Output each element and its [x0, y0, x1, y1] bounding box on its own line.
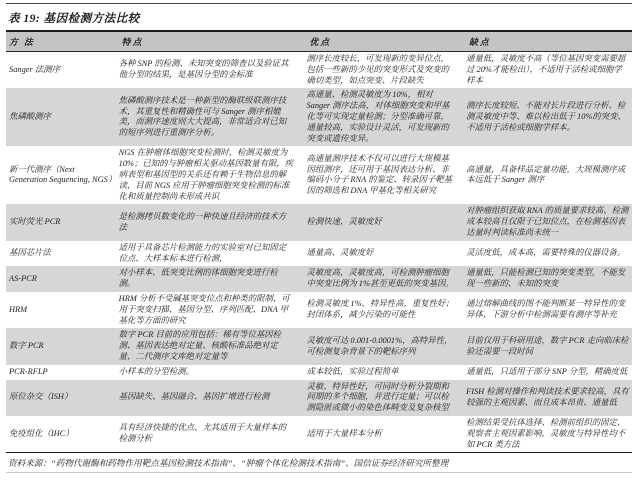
table-row: AS-PCR 对小样本、低突变比例的体细胞突变进行检测。 灵敏度高，灵敏度高，可… [6, 266, 632, 292]
advantages-cell: 灵敏度可达 0.001-0.0001%，高特异性，可检测复杂背景下的靶标序列 [306, 328, 466, 364]
features-cell: 具有经济快捷的优点、尤其适用于大量样本的检测分析 [119, 416, 307, 453]
advantages-cell: 适用于大量样本分析 [306, 416, 466, 453]
features-cell: 是检测拷贝数变化的一种快速且经济的技术方法 [119, 204, 307, 240]
features-cell: 各种 SNP 的检测、未知突变的筛查以及验证其他分型的结果，是基因分型的金标准 [119, 52, 307, 89]
method-cell: Sanger 法测序 [6, 52, 119, 89]
advantages-cell: 灵敏度高，灵敏度高，可检测肿瘤细胞中突变比例为 1%甚至更低的突变基因。 [306, 266, 466, 292]
table-row: 原位杂交（ISH） 基因缺失、基因融合、基因扩增进行检测 灵敏、特异性好，可同时… [6, 380, 632, 416]
report-page: 表 19: 基因检测方法比较 方 法 特点 优点 缺点 Sanger 法测序 各… [0, 0, 640, 473]
top-rule [6, 3, 632, 4]
column-header-method: 方 法 [6, 31, 119, 52]
features-cell: 适用于具备芯片检测能力的实验室对已知固定位点、大样本标本进行检测， [119, 241, 307, 267]
table-row: PCR-RFLP 小样本的分型检测。 成本较低，实验过程简单 通量低，只适用于部… [6, 365, 632, 380]
disadvantages-cell: 灵活度低，成本高，需要特殊的仪器设备。 [466, 241, 632, 267]
table-title: 表 19: 基因检测方法比较 [6, 6, 632, 30]
table-row: 新一代测序（Next Generation Sequencing, NGS） N… [6, 146, 632, 204]
features-cell: 数字 PCR 目前的应用包括：稀有等位基因检测、基因表达绝对定量、核酸标准品绝对… [119, 328, 307, 364]
column-header-features: 特点 [119, 31, 307, 52]
table-row: 基因芯片法 适用于具备芯片检测能力的实验室对已知固定位点、大样本标本进行检测， … [6, 241, 632, 267]
features-cell: HRM 分析不受碱基突变位点和种类的限制，可用于突变扫描、基因分型、序列匹配、D… [119, 292, 307, 328]
method-cell: 新一代测序（Next Generation Sequencing, NGS） [6, 146, 119, 204]
method-cell: AS-PCR [6, 266, 119, 292]
advantages-cell: 高通量测序技术不仅可以进行大规模基因组测序，还可用于基因表达分析、非编码小分子 … [306, 146, 466, 204]
features-cell: 焦磷酸测序技术是一种新型的酶联级联测序技术，其重复性和精确性可与 Sanger … [119, 88, 307, 146]
method-cell: 免疫组化（IHC） [6, 416, 119, 453]
disadvantages-cell: FISH 检测对操作和判读技术要求较高，具有较强的主观因素、而且成本昂贵、通量低 [466, 380, 632, 416]
gene-detection-comparison-table: 方 法 特点 优点 缺点 Sanger 法测序 各种 SNP 的检测、未知突变的… [6, 30, 632, 453]
method-cell: 数字 PCR [6, 328, 119, 364]
features-cell: 对小样本、低突变比例的体细胞突变进行检测。 [119, 266, 307, 292]
method-cell: HRM [6, 292, 119, 328]
table-row: 免疫组化（IHC） 具有经济快捷的优点、尤其适用于大量样本的检测分析 适用于大量… [6, 416, 632, 453]
advantages-cell: 灵敏、特异性好，可同时分析分裂期和间期的多个细胞，并进行定量；可以检测隐匿或微小… [306, 380, 466, 416]
features-cell: NGS 在肿瘤体细胞突变检测时，检测灵敏度为 10%；已知的与肿瘤相关驱动基因数… [119, 146, 307, 204]
table-row: 数字 PCR 数字 PCR 目前的应用包括：稀有等位基因检测、基因表达绝对定量、… [6, 328, 632, 364]
disadvantages-cell: 高通量，具备样品定量功能，大规模测序成本远低于 Sanger 测序 [466, 146, 632, 204]
table-row: 实时荧光 PCR 是检测拷贝数变化的一种快速且经济的技术方法 检测快速，灵敏度好… [6, 204, 632, 240]
advantages-cell: 检测灵敏度 1%，特异性高，重复性好；封闭体系，减少污染的可能性 [306, 292, 466, 328]
table-header-row: 方 法 特点 优点 缺点 [6, 31, 632, 52]
source-note: 资料来源：“药物代谢酶和药物作用靶点基因检测技术指南”、“肿瘤个体化检测技术指南… [6, 453, 632, 473]
column-header-advantages: 优点 [306, 31, 466, 52]
advantages-cell: 测序长度较长，可发现新的变异位点，包括一些新的少见的突变形式及突变的确切类型，如… [306, 52, 466, 89]
disadvantages-cell: 通过熔解曲线的图不能判断某一特异性的变异体，下游分析中检测需要有测序等补充 [466, 292, 632, 328]
disadvantages-cell: 对肿瘤组织获取 RNA 的质量要求较高、检测成本较高且仅限于已知位点，在检测基因… [466, 204, 632, 240]
table-row: HRM HRM 分析不受碱基突变位点和种类的限制，可用于突变扫描、基因分型、序列… [6, 292, 632, 328]
method-cell: 实时荧光 PCR [6, 204, 119, 240]
method-cell: 原位杂交（ISH） [6, 380, 119, 416]
table-row: Sanger 法测序 各种 SNP 的检测、未知突变的筛查以及验证其他分型的结果… [6, 52, 632, 89]
advantages-cell: 成本较低，实验过程简单 [306, 365, 466, 380]
disadvantages-cell: 通量低，只适用于部分 SNP 分型，精确度低 [466, 365, 632, 380]
disadvantages-cell: 通量低，灵敏度不高（等位基因突变需要超过 20%才能检出），不适用于活检或细胞学… [466, 52, 632, 89]
table-body: Sanger 法测序 各种 SNP 的检测、未知突变的筛查以及验证其他分型的结果… [6, 52, 632, 453]
disadvantages-cell: 测序长度较短、不能对长片段进行分析、检测灵敏度中等、难以检出低于 10%的突变、… [466, 88, 632, 146]
column-header-disadvantages: 缺点 [466, 31, 632, 52]
features-cell: 基因缺失、基因融合、基因扩增进行检测 [119, 380, 307, 416]
advantages-cell: 通量高、灵敏度好 [306, 241, 466, 267]
method-cell: PCR-RFLP [6, 365, 119, 380]
method-cell: 焦磷酸测序 [6, 88, 119, 146]
table-row: 焦磷酸测序 焦磷酸测序技术是一种新型的酶联级联测序技术，其重复性和精确性可与 S… [6, 88, 632, 146]
advantages-cell: 检测快速，灵敏度好 [306, 204, 466, 240]
advantages-cell: 高通量、检测灵敏度为 10%，相对 Sanger 测序法高，对体细胞突变和甲基化… [306, 88, 466, 146]
features-cell: 小样本的分型检测。 [119, 365, 307, 380]
disadvantages-cell: 目前仅用于科研用途，数字 PCR 走向临床检验还需要一段时间 [466, 328, 632, 364]
method-cell: 基因芯片法 [6, 241, 119, 267]
disadvantages-cell: 通量低，只能检测已知的突变类型，不能发现一些新的、未知的突变 [466, 266, 632, 292]
disadvantages-cell: 检测结果受抗体选择、检测前组织的固定、观察者主观因素影响，灵敏度与特异性均不如 … [466, 416, 632, 453]
